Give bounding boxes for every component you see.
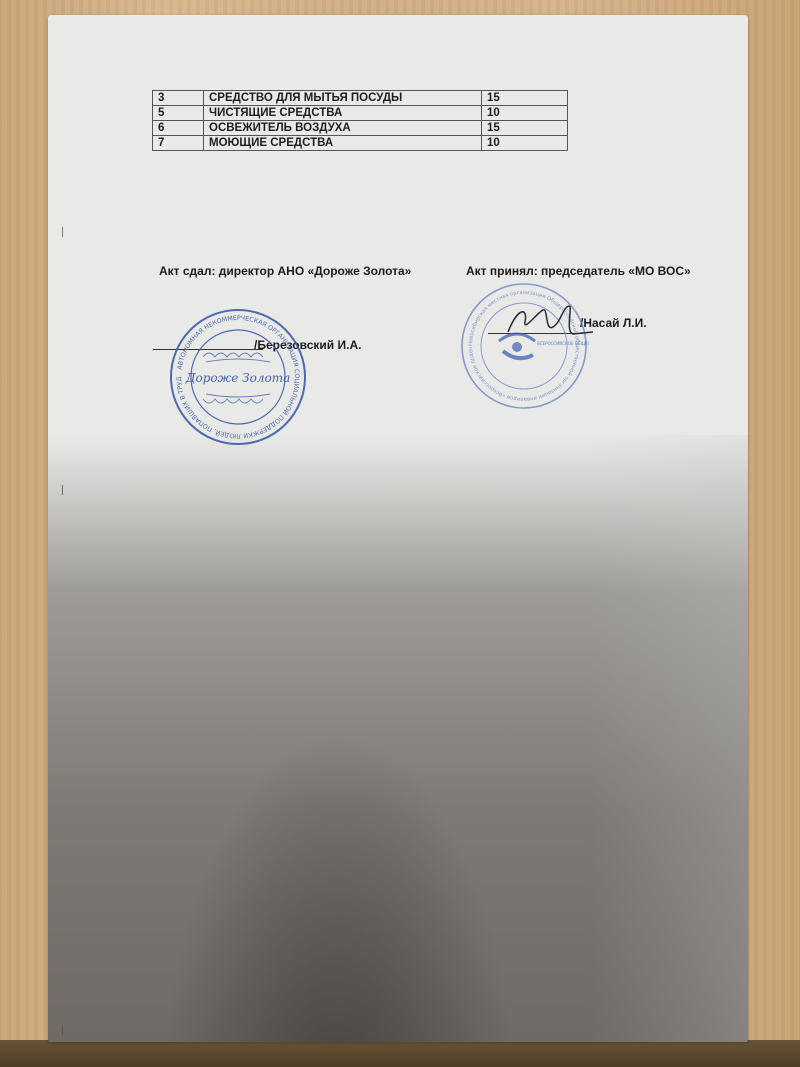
table-row: 3СРЕДСТВО ДЛЯ МЫТЬЯ ПОСУДЫ15: [153, 91, 568, 106]
handover-stamp-center-text: Дороже Золота: [185, 371, 291, 385]
acceptance-label: Акт принял: председатель «МО ВОС»: [466, 264, 691, 278]
desk-edge: [0, 1040, 800, 1067]
document-page: 3СРЕДСТВО ДЛЯ МЫТЬЯ ПОСУДЫ155ЧИСТЯЩИЕ СР…: [48, 15, 748, 1042]
items-table: 3СРЕДСТВО ДЛЯ МЫТЬЯ ПОСУДЫ155ЧИСТЯЩИЕ СР…: [152, 90, 568, 151]
item-quantity: 15: [482, 91, 568, 106]
row-number: 3: [153, 91, 204, 106]
item-name: СРЕДСТВО ДЛЯ МЫТЬЯ ПОСУДЫ: [204, 91, 482, 106]
row-number: 6: [153, 121, 204, 136]
table-row: 6ОСВЕЖИТЕЛЬ ВОЗДУХА15: [153, 121, 568, 136]
item-quantity: 10: [482, 106, 568, 121]
binding-mark: [62, 227, 63, 237]
binding-mark: [62, 485, 63, 495]
table-row: 7МОЮЩИЕ СРЕДСТВА10: [153, 136, 568, 151]
binding-mark: [62, 1025, 63, 1035]
item-quantity: 10: [482, 136, 568, 151]
item-name: МОЮЩИЕ СРЕДСТВА: [204, 136, 482, 151]
row-number: 7: [153, 136, 204, 151]
item-name: ЧИСТЯЩИЕ СРЕДСТВА: [204, 106, 482, 121]
acceptance-handwritten-signature: [503, 302, 603, 342]
item-quantity: 15: [482, 121, 568, 136]
handover-stamp: АВТОНОМНАЯ НЕКОММЕРЧЕСКАЯ ОРГАНИЗАЦИЯ СО…: [168, 307, 308, 447]
table-row: 5ЧИСТЯЩИЕ СРЕДСТВА10: [153, 106, 568, 121]
item-name: ОСВЕЖИТЕЛЬ ВОЗДУХА: [204, 121, 482, 136]
row-number: 5: [153, 106, 204, 121]
handover-label: Акт сдал: директор АНО «Дороже Золота»: [159, 264, 411, 278]
acceptance-stamp: Новосибирская местная организация Общеро…: [459, 281, 589, 411]
